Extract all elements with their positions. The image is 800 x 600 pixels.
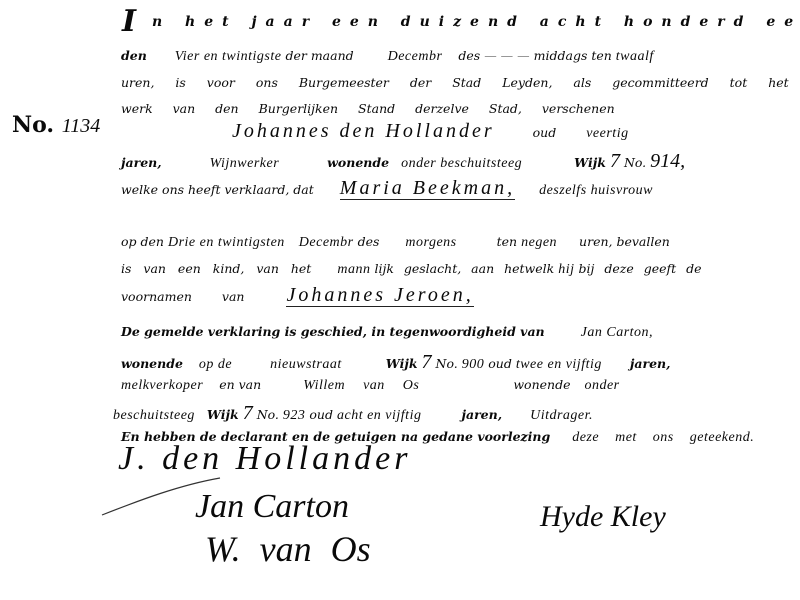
line-14: beschuitsteeg Wijk 7 No. 923 oud acht en… [113, 402, 593, 425]
handwritten-witness-2-name: Willem van Os [303, 378, 419, 393]
printed-text: Wijk [207, 407, 239, 422]
line-13: melkverkoper en van Willem van Os wonend… [121, 376, 620, 394]
line-8: op den Drie en twintigsten Decembr des m… [121, 233, 670, 251]
handwritten-day: Vier en twintigste [175, 49, 282, 64]
printed-text: Wijk [574, 155, 606, 170]
printed-text: uren, bevallen [579, 234, 670, 249]
handwritten-occupation: melkverkoper [121, 378, 203, 393]
handwritten-time-of-day: morgens [405, 235, 456, 250]
printed-text: wonende [121, 356, 183, 371]
handwritten-month: Decembr [388, 49, 443, 64]
printed-text: der maand [285, 48, 353, 63]
handwritten-birth-day: Drie en twintigsten [168, 235, 285, 250]
handwritten-sex: mann [337, 262, 370, 277]
handwritten-declarant-name: Johannes den Hollander [232, 120, 495, 142]
printed-text: van [222, 289, 245, 304]
handwritten-birth-month: Decembr [299, 235, 354, 250]
line-1-text: n het jaar een duizend acht honderd een … [152, 14, 800, 30]
line-1: n het jaar een duizend acht honderd een … [152, 14, 800, 30]
handwritten-street: onder beschuitsteeg [401, 156, 522, 171]
line-7: welke ons heeft verklaard, dat Maria Bee… [121, 177, 653, 200]
handwritten-age: veertig [586, 126, 628, 141]
printed-text: uren, is voor ons Burgemeester der Stad … [121, 75, 789, 90]
line-12: wonende op de nieuwstraat Wijk 7 No. 900… [121, 351, 670, 374]
handwritten-street: beschuitsteeg [113, 408, 195, 423]
handwritten-occupation: Uitdrager. [530, 408, 593, 423]
printed-text: De gemelde verklaring is geschied, in te… [121, 324, 545, 339]
record-number: No. 1134 [12, 112, 100, 138]
printed-text: des [358, 234, 380, 249]
handwritten-street-prefix: onder [584, 378, 619, 393]
printed-text: lijk geslacht, aan hetwelk [374, 261, 554, 276]
handwritten-wijk: 7 [610, 150, 620, 172]
printed-text: bij deze geeft de [579, 261, 702, 276]
handwritten-age: twee en vijftig [516, 357, 602, 372]
handwritten-occupation: Wijnwerker [210, 156, 280, 171]
printed-text: ten [497, 234, 517, 249]
printed-text: jaren, [121, 155, 162, 170]
printed-text: oud [533, 125, 557, 140]
civil-birth-record-page: No. 1134 I n het jaar een duizend acht h… [0, 0, 800, 600]
line-5: Johannes den Hollander oud veertig [232, 120, 629, 143]
handwritten-closing: deze met ons geteekend. [572, 430, 754, 445]
printed-text: welke ons heeft verklaard, dat [121, 182, 314, 197]
printed-text: des [458, 48, 480, 63]
handwritten-birth-hour: negen [521, 235, 557, 250]
handwritten-mother-name: Maria Beekman, [340, 177, 515, 200]
printed-text: oud [488, 356, 512, 371]
record-number-value: 1134 [62, 115, 101, 137]
signature-flourish-icon [100, 470, 280, 520]
line-6: jaren, Wijnwerker wonende onder beschuit… [121, 150, 685, 173]
printed-text: No. [624, 155, 646, 170]
line-10: voornamen van Johannes Jeroen, [121, 284, 474, 307]
printed-text: No. [257, 407, 279, 422]
line-4: werk van den Burgerlijken Stand derzelve… [121, 101, 615, 116]
handwritten-age: acht en vijftig [337, 408, 421, 423]
signature-witness-2: W. van Os [205, 528, 371, 570]
line-2: den Vier en twintigste der maand Decembr… [121, 48, 654, 65]
handwritten-house-number: 923 [283, 408, 306, 423]
handwritten-wijk: 7 [243, 402, 253, 424]
printed-text: No. [436, 356, 458, 371]
line-9: is van een kind, van het mann lijk gesla… [121, 260, 702, 278]
line-11: De gemelde verklaring is geschied, in te… [121, 323, 653, 341]
drop-cap-initial: I [122, 4, 136, 39]
handwritten-relation: deszelfs huisvrouw [539, 183, 653, 198]
printed-text: voornamen [121, 289, 192, 304]
printed-text: jaren, [630, 356, 671, 371]
printed-text: en van [219, 377, 261, 392]
printed-text: middags ten [534, 48, 612, 63]
handwritten-street-prefix: op de [199, 357, 232, 372]
handwritten-witness-1-name: Jan Carton, [581, 325, 653, 340]
printed-text: op den [121, 234, 164, 249]
handwritten-street: nieuwstraat [270, 357, 342, 372]
handwritten-house-number: 900 [462, 357, 485, 372]
handwritten-hour: twaalf [616, 49, 654, 64]
printed-text: wonende [327, 155, 389, 170]
printed-text: den [121, 48, 147, 63]
handwritten-child-name: Johannes Jeroen, [286, 284, 473, 307]
printed-text: is van een kind, van het [121, 261, 311, 276]
line-3: uren, is voor ons Burgemeester der Stad … [121, 75, 789, 90]
signature-official: Hyde Kley [540, 500, 666, 534]
printed-text: wonende [513, 377, 570, 392]
handwritten-pronoun: hij [558, 262, 574, 277]
printed-text: Wijk [386, 356, 418, 371]
printed-text: jaren, [461, 407, 502, 422]
printed-text: oud [309, 407, 333, 422]
handwritten-house-number: 914, [650, 150, 685, 172]
printed-text: werk van den Burgerlijken Stand derzelve… [121, 101, 615, 116]
blank-dash: — — — [484, 48, 529, 63]
record-number-label: No. [12, 112, 54, 138]
handwritten-wijk: 7 [422, 351, 432, 373]
